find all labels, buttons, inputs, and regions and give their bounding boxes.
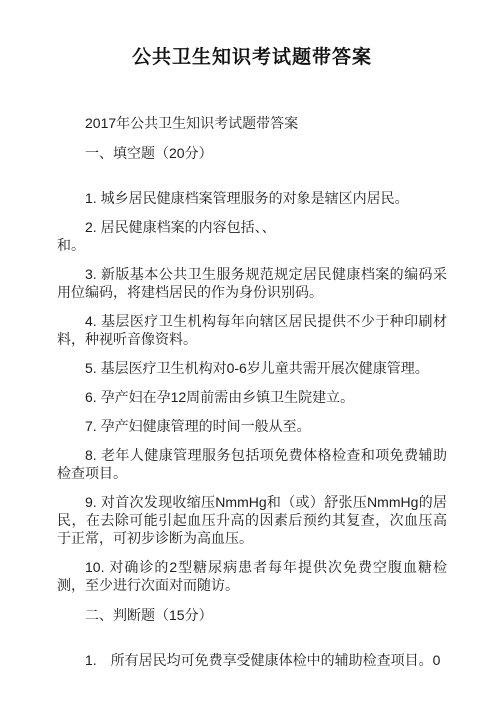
question-item: 1. 所有居民均可免费享受健康体检中的辅助检查项目。0: [57, 651, 447, 669]
section-heading: 二、判断题（15分）: [57, 606, 447, 624]
page-title: 公共卫生知识考试题带答案: [57, 47, 447, 68]
question-item: 3. 新版基本公共卫生服务规范规定居民健康档案的编码采用位编码，将建档居民的作为…: [57, 265, 447, 301]
question-item: 5. 基层医疗卫生机构对0-6岁儿童共需开展次健康管理。: [57, 359, 447, 377]
question-item: 6. 孕产妇在孕12周前需由乡镇卫生院建立。: [57, 388, 447, 406]
question-section: 二、判断题（15分） 1. 所有居民均可免费享受健康体检中的辅助检查项目。0: [57, 606, 447, 669]
document-subtitle: 2017年公共卫生知识考试题带答案: [57, 114, 447, 132]
question-item: 4. 基层医疗卫生机构每年向辖区居民提供不少于种印刷材料，种视听音像资料。: [57, 312, 447, 348]
section-items: 1. 城乡居民健康档案管理服务的对象是辖区内居民。 2. 居民健康档案的内容包括…: [57, 189, 447, 594]
section-heading: 一、填空题（20分）: [57, 144, 447, 162]
sections-container: 一、填空题（20分） 1. 城乡居民健康档案管理服务的对象是辖区内居民。 2. …: [57, 144, 447, 669]
question-item: 9. 对首次发现收缩压NmmHg和（或）舒张压NmmHg的居民，在去除可能引起血…: [57, 493, 447, 547]
question-section: 一、填空题（20分） 1. 城乡居民健康档案管理服务的对象是辖区内居民。 2. …: [57, 144, 447, 594]
question-item: 8. 老年人健康管理服务包括项免费体格检查和项免费辅助检查项目。: [57, 446, 447, 482]
question-item: 2. 居民健康档案的内容包括、、 和。: [57, 218, 447, 254]
question-item: 1. 城乡居民健康档案管理服务的对象是辖区内居民。: [57, 189, 447, 207]
question-item: 7. 孕产妇健康管理的时间一般从至。: [57, 417, 447, 435]
document-page: 公共卫生知识考试题带答案 2017年公共卫生知识考试题带答案 一、填空题（20分…: [0, 0, 500, 707]
question-item: 10. 对确诊的2型糖尿病患者每年提供次免费空腹血糖检测，至少进行次面对而随访。: [57, 558, 447, 594]
section-items: 1. 所有居民均可免费享受健康体检中的辅助检查项目。0: [57, 651, 447, 669]
